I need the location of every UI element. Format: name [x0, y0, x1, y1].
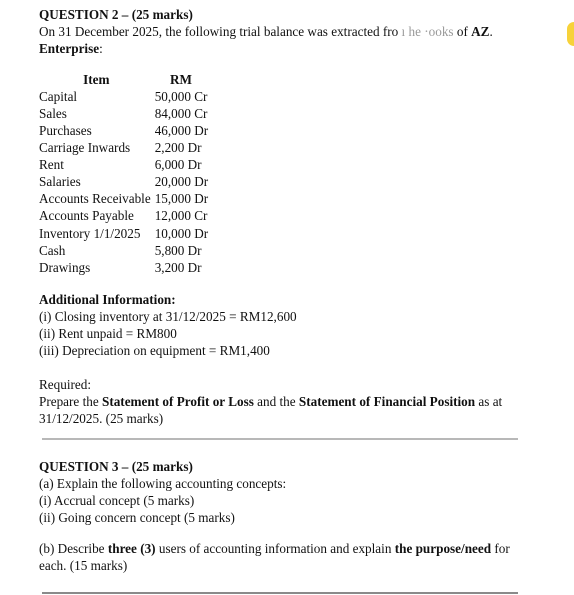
profit-or-loss-bold: Statement of Profit or Loss — [102, 394, 254, 409]
amount-cell: 5,800 Dr — [154, 242, 208, 259]
side-tab-handle[interactable] — [567, 22, 574, 46]
section-divider-bottom — [42, 592, 518, 594]
item-cell: Capital — [39, 88, 154, 105]
document-page: QUESTION 2 – (25 marks) On 31 December 2… — [39, 7, 539, 428]
additional-info-item: (i) Closing inventory at 31/12/2025 = RM… — [39, 309, 539, 326]
amount-cell: 15,000 Dr — [154, 190, 208, 207]
table-row: Sales84,000 Cr — [39, 105, 208, 122]
enterprise-word: Enterprise — [39, 41, 99, 56]
item-cell: Rent — [39, 156, 154, 173]
financial-position-bold: Statement of Financial Position — [299, 394, 475, 409]
item-cell: Carriage Inwards — [39, 139, 154, 156]
item-cell: Sales — [39, 105, 154, 122]
table-row: Rent6,000 Dr — [39, 156, 208, 173]
question-2-intro: On 31 December 2025, the following trial… — [39, 24, 539, 41]
intro-text-2: of — [454, 24, 472, 39]
question-3-section: QUESTION 3 – (25 marks) (a) Explain the … — [39, 459, 539, 574]
question-2-intro-line-2: Enterprise: — [39, 41, 539, 58]
table-row: Cash5,800 Dr — [39, 242, 208, 259]
required-text: Prepare the Statement of Profit or Loss … — [39, 394, 539, 411]
question-3-part-a-item: (i) Accrual concept (5 marks) — [39, 493, 539, 510]
amount-cell: 6,000 Dr — [154, 156, 208, 173]
three-users-bold: three (3) — [108, 541, 156, 556]
intro-faded-text: ı he ·ooks — [398, 24, 453, 39]
table-row: Accounts Payable12,000 Cr — [39, 207, 208, 224]
additional-info-item: (iii) Depreciation on equipment = RM1,40… — [39, 343, 539, 360]
amount-cell: 2,200 Dr — [154, 139, 208, 156]
amount-cell: 3,200 Dr — [154, 259, 208, 276]
table-header-row: Item RM — [39, 71, 208, 88]
trial-balance-table: Item RM Capital50,000 CrSales84,000 CrPu… — [39, 71, 208, 276]
required-text-part: Prepare the — [39, 394, 102, 409]
amount-cell: 10,000 Dr — [154, 225, 208, 242]
table-row: Accounts Receivable15,000 Dr — [39, 190, 208, 207]
item-cell: Drawings — [39, 259, 154, 276]
item-cell: Cash — [39, 242, 154, 259]
question-3-part-a: (a) Explain the following accounting con… — [39, 476, 539, 493]
question-3-heading: QUESTION 3 – (25 marks) — [39, 459, 539, 476]
question-3-part-a-item: (ii) Going concern concept (5 marks) — [39, 510, 539, 527]
question-3-part-b-line-2: each. (15 marks) — [39, 558, 539, 575]
table-row: Purchases46,000 Dr — [39, 122, 208, 139]
intro-text-3: . — [489, 24, 492, 39]
amount-cell: 50,000 Cr — [154, 88, 208, 105]
item-cell: Salaries — [39, 173, 154, 190]
table-row: Capital50,000 Cr — [39, 88, 208, 105]
required-text-line-2: 31/12/2025. (25 marks) — [39, 411, 539, 428]
required-text-part: and the — [254, 394, 299, 409]
purpose-need-bold: the purpose/need — [395, 541, 491, 556]
part-b-text: (b) Describe — [39, 541, 108, 556]
part-b-text: users of accounting information and expl… — [156, 541, 395, 556]
column-header-item: Item — [39, 71, 154, 88]
item-cell: Accounts Receivable — [39, 190, 154, 207]
additional-info-heading: Additional Information: — [39, 292, 539, 309]
required-text-part: as at — [475, 394, 502, 409]
additional-info-item: (ii) Rent unpaid = RM800 — [39, 326, 539, 343]
required-label: Required: — [39, 377, 539, 394]
column-header-rm: RM — [154, 71, 208, 88]
item-cell: Inventory 1/1/2025 — [39, 225, 154, 242]
part-b-text: for — [491, 541, 510, 556]
table-row: Salaries20,000 Dr — [39, 173, 208, 190]
amount-cell: 12,000 Cr — [154, 207, 208, 224]
item-cell: Purchases — [39, 122, 154, 139]
question-3-part-b: (b) Describe three (3) users of accounti… — [39, 541, 539, 558]
amount-cell: 46,000 Dr — [154, 122, 208, 139]
question-2-heading: QUESTION 2 – (25 marks) — [39, 7, 539, 24]
item-cell: Accounts Payable — [39, 207, 154, 224]
intro-text: On 31 December 2025, the following trial… — [39, 24, 398, 39]
table-row: Carriage Inwards2,200 Dr — [39, 139, 208, 156]
amount-cell: 20,000 Dr — [154, 173, 208, 190]
table-row: Drawings3,200 Dr — [39, 259, 208, 276]
section-divider — [42, 438, 518, 440]
amount-cell: 84,000 Cr — [154, 105, 208, 122]
table-row: Inventory 1/1/202510,000 Dr — [39, 225, 208, 242]
enterprise-name-bold: AZ — [471, 24, 489, 39]
intro-colon: : — [99, 41, 103, 56]
